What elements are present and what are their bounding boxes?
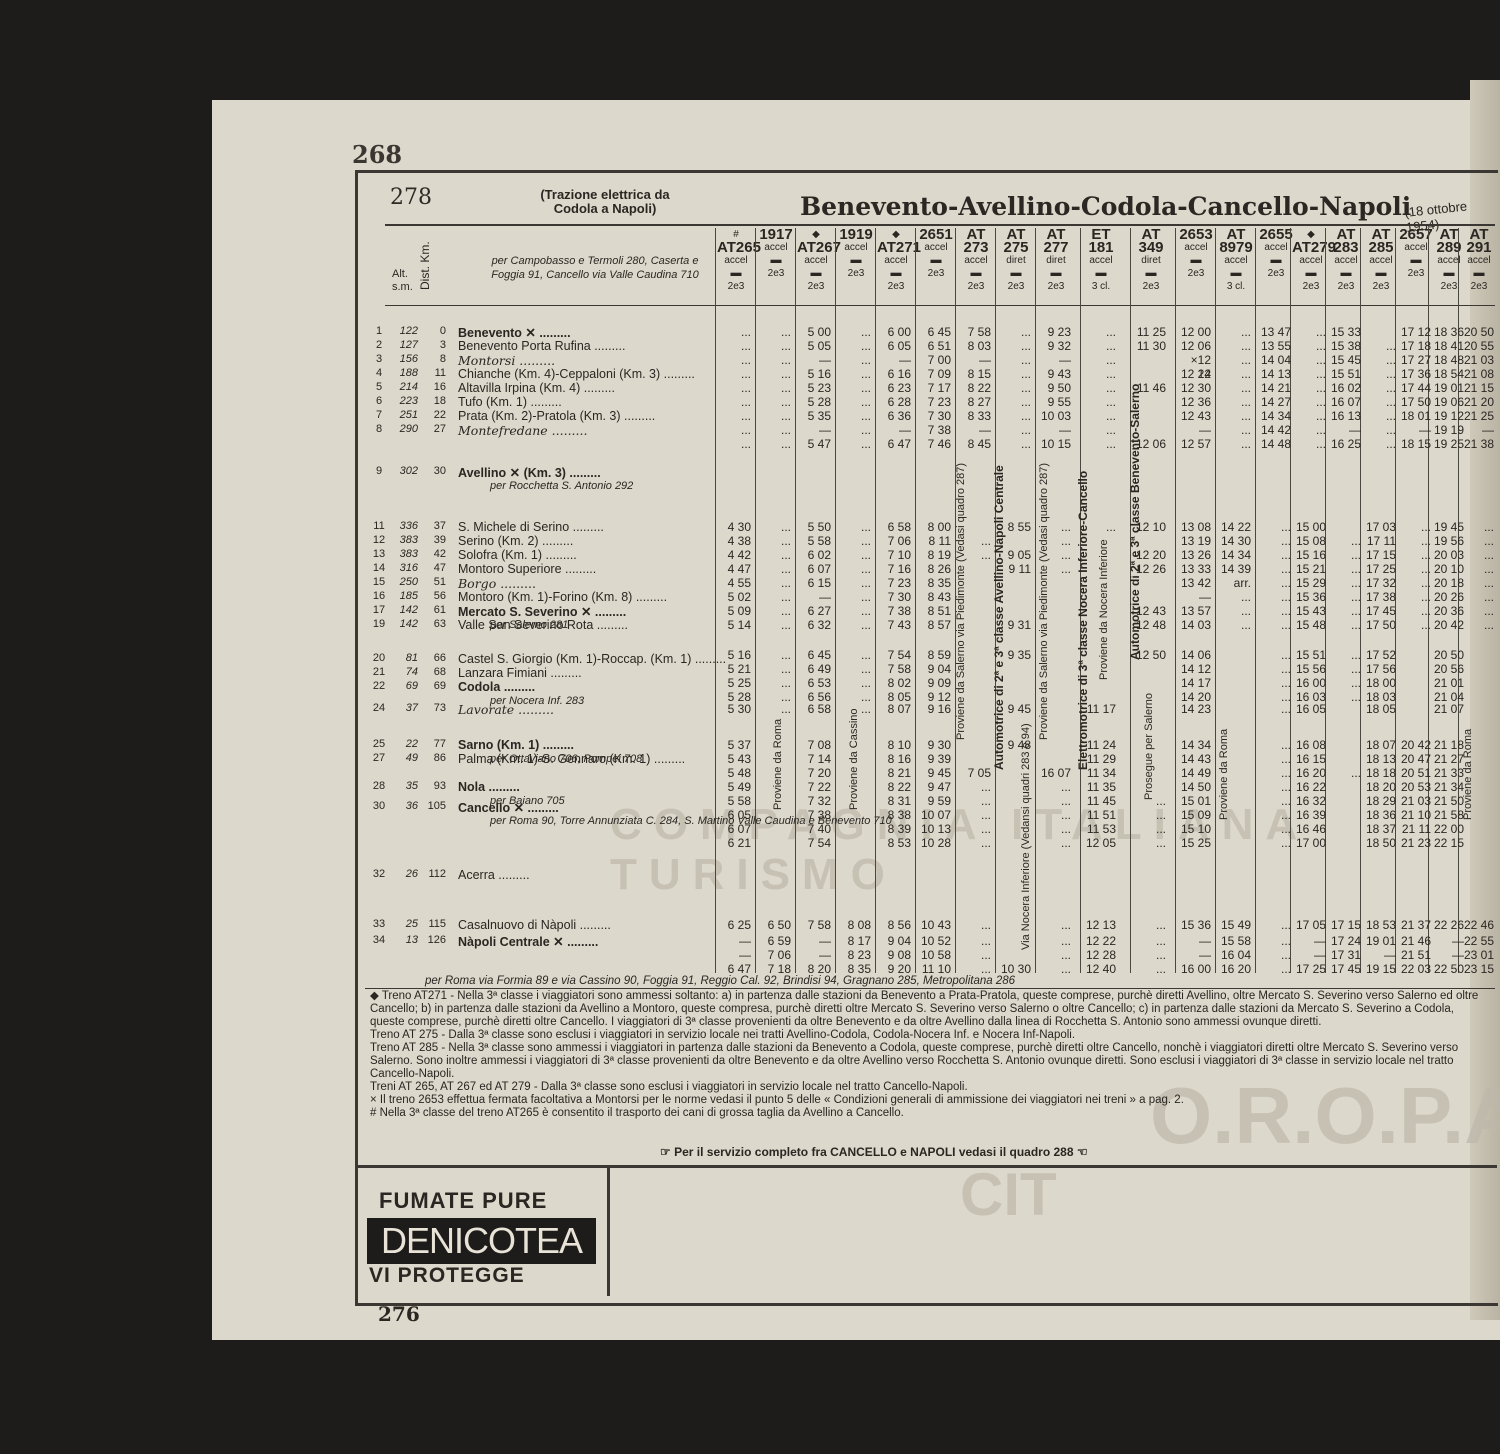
time-cell: ...: [1458, 618, 1494, 632]
bleed-through-text: CIT: [960, 1160, 1057, 1229]
altitude: 122: [390, 325, 418, 337]
time-cell: ...: [715, 339, 751, 353]
distance-km: 56: [422, 590, 446, 602]
time-cell: ...: [1255, 934, 1291, 948]
station-name: Mercato S. Severino ✕ .........: [458, 604, 626, 619]
time-cell: 7 30: [875, 590, 911, 604]
row-number: 25: [370, 738, 388, 750]
row-number: 6: [370, 395, 388, 407]
distance-km: 22: [422, 409, 446, 421]
time-cell: 8 39: [875, 822, 911, 836]
row-number: 17: [370, 604, 388, 616]
time-cell: 18 05: [1360, 702, 1396, 716]
footnote: × Il treno 2653 effettua fermata facolta…: [370, 1094, 1480, 1107]
time-cell: ...: [835, 590, 871, 604]
page-title: Benevento-Avellino-Codola-Cancello-Napol…: [800, 192, 1411, 221]
time-cell: 9 08: [875, 948, 911, 962]
time-cell: 9 04: [915, 662, 951, 676]
time-cell: ...: [1255, 676, 1291, 690]
station-row: 418811Chianche (Km. 4)-Ceppaloni (Km. 3)…: [370, 367, 730, 381]
distance-km: 126: [422, 934, 446, 946]
time-cell: ...: [1035, 520, 1071, 534]
time-cell: 18 15: [1395, 437, 1431, 451]
row-number: 30: [370, 800, 388, 812]
distance-km: 105: [422, 800, 446, 812]
station-row: 243773Lavorate .........: [370, 702, 730, 716]
time-cell: 17 50: [1360, 618, 1396, 632]
time-cell: 18 13: [1360, 752, 1396, 766]
time-cell: 8 00: [915, 520, 951, 534]
time-cell: 8 23: [835, 948, 871, 962]
time-cell: ...: [1255, 948, 1291, 962]
time-cell: 6 16: [875, 367, 911, 381]
time-cell: 6 07: [715, 822, 751, 836]
time-cell: 17 52: [1360, 648, 1396, 662]
time-cell: 9 59: [915, 794, 951, 808]
time-cell: ...: [715, 325, 751, 339]
time-cell: ...: [755, 618, 791, 632]
time-cell: 21 37: [1395, 918, 1431, 932]
time-cell: 10 28: [915, 836, 951, 850]
time-cell: 8 55: [995, 520, 1031, 534]
row-number: 16: [370, 590, 388, 602]
time-cell: 12 30: [1175, 381, 1211, 395]
row-number: 32: [370, 868, 388, 880]
time-cell: 7 16: [875, 562, 911, 576]
time-cell: 7 23: [915, 395, 951, 409]
station-row: 31568Montorsi .........: [370, 353, 730, 367]
time-cell: 21 01: [1428, 676, 1464, 690]
time-cell: 21 46: [1395, 934, 1431, 948]
time-cell: —: [1035, 423, 1071, 437]
station-name: Codola .........: [458, 680, 535, 694]
time-cell: 14 23: [1175, 702, 1211, 716]
time-cell: —: [795, 353, 831, 367]
time-cell: ...: [1255, 576, 1291, 590]
train-column-header: ◆AT271accel▬2e3: [877, 228, 915, 293]
time-cell: 7 06: [875, 534, 911, 548]
time-cell: 17 25: [1290, 962, 1326, 976]
time-cell: ...: [755, 548, 791, 562]
time-cell: ...: [755, 562, 791, 576]
time-cell: 7 06: [755, 948, 791, 962]
station-name: Serino (Km. 2) .........: [458, 534, 573, 548]
time-cell: ...: [1290, 409, 1326, 423]
time-cell: 18 53: [1360, 918, 1396, 932]
altitude: 35: [390, 780, 418, 792]
time-cell: 17 00: [1290, 836, 1326, 850]
time-cell: ...: [1290, 353, 1326, 367]
time-cell: ...: [1395, 520, 1431, 534]
time-cell: 8 56: [875, 918, 911, 932]
time-cell: 5 02: [715, 590, 751, 604]
time-cell: 13 08: [1175, 520, 1211, 534]
time-cell: —: [1175, 948, 1211, 962]
time-cell: ...: [755, 648, 791, 662]
altitude: 302: [390, 465, 418, 477]
time-cell: 18 01: [1395, 409, 1431, 423]
time-cell: 17 25: [1360, 562, 1396, 576]
time-cell: 10 43: [915, 918, 951, 932]
station-name: S. Michele di Serino .........: [458, 520, 604, 534]
time-cell: —: [795, 948, 831, 962]
time-cell: ...: [1325, 604, 1361, 618]
time-cell: 22 15: [1428, 836, 1464, 850]
footer-connections: per Roma via Formia 89 e via Cassino 90,…: [425, 975, 1015, 987]
time-cell: 8 22: [955, 381, 991, 395]
time-cell: ...: [755, 409, 791, 423]
station-row: 252277Sarno (Km. 1) .........per Ottavia…: [370, 738, 730, 752]
footnote: Treno AT 285 - Nella 3ª classe sono amme…: [370, 1042, 1480, 1081]
time-cell: ...: [995, 325, 1031, 339]
time-cell: 6 32: [795, 618, 831, 632]
time-cell: 9 04: [875, 934, 911, 948]
time-cell: ...: [1080, 381, 1116, 395]
railcar-icon: ▬: [1082, 267, 1120, 280]
time-cell: 7 23: [875, 576, 911, 590]
time-cell: ...: [1035, 794, 1071, 808]
distance-km: 115: [422, 918, 446, 930]
time-cell: ...: [995, 367, 1031, 381]
time-cell: ...: [835, 548, 871, 562]
time-cell: 7 54: [875, 648, 911, 662]
time-cell: 13 47: [1255, 325, 1291, 339]
distance-km: 39: [422, 534, 446, 546]
vertical-note: Proviene da Nocera Inferiore: [1098, 550, 1110, 680]
station-name: Chianche (Km. 4)-Ceppaloni (Km. 3) .....…: [458, 367, 695, 381]
time-cell: 7 38: [915, 423, 951, 437]
time-cell: 11 45: [1080, 794, 1116, 808]
time-cell: —: [795, 934, 831, 948]
railcar-icon: ▬: [1177, 254, 1215, 267]
time-cell: ...: [955, 548, 991, 562]
row-number: 8: [370, 423, 388, 435]
reference-line: ☞ Per il servizio completo fra CANCELLO …: [660, 1145, 1088, 1159]
time-cell: 7 32: [795, 794, 831, 808]
time-cell: ...: [1325, 648, 1361, 662]
time-cell: 17 15: [1325, 918, 1361, 932]
time-cell: ...: [755, 437, 791, 451]
time-cell: 15 01: [1175, 794, 1211, 808]
time-cell: ...: [995, 353, 1031, 367]
time-cell: 10 58: [915, 948, 951, 962]
time-cell: 6 59: [755, 934, 791, 948]
time-cell: ...: [1255, 836, 1291, 850]
time-cell: 8 33: [955, 409, 991, 423]
station-name: Altavilla Irpina (Km. 4) .........: [458, 381, 615, 395]
time-cell: ...: [1458, 604, 1494, 618]
time-cell: 7 38: [875, 604, 911, 618]
station-row: 1431647Montoro Superiore .........: [370, 562, 730, 576]
time-cell: ...: [835, 662, 871, 676]
distance-km: 27: [422, 423, 446, 435]
train-number: AT 291: [1460, 228, 1498, 254]
station-name: Benevento Porta Rufina .........: [458, 339, 625, 353]
station-name: Montoro Superiore .........: [458, 562, 596, 576]
time-cell: 15 36: [1290, 590, 1326, 604]
time-cell: ...: [1290, 395, 1326, 409]
connection-note: per Rocchetta S. Antonio 292: [490, 480, 633, 492]
altitude: 26: [390, 868, 418, 880]
distance-km: 11: [422, 367, 446, 379]
distance-km: 61: [422, 604, 446, 616]
time-cell: ...: [1290, 339, 1326, 353]
time-cell: ...: [995, 395, 1031, 409]
distance-km: 18: [422, 395, 446, 407]
time-cell: 15 25: [1175, 836, 1211, 850]
station-name: Tufo (Km. 1) .........: [458, 395, 562, 409]
station-row: 3413126Nàpoli Centrale ✕ .........: [370, 934, 730, 948]
time-cell: 11 30: [1130, 339, 1166, 353]
time-cell: ...: [835, 437, 871, 451]
footnotes: ◆ Treno AT271 - Nella 3ª classe i viaggi…: [370, 990, 1480, 1120]
time-cell: 18 29: [1360, 794, 1396, 808]
time-cell: —: [715, 948, 751, 962]
time-cell: 21 27: [1428, 752, 1464, 766]
time-cell: 9 23: [1035, 325, 1071, 339]
time-cell: ...: [1325, 576, 1361, 590]
railcar-icon: ▬: [757, 254, 795, 267]
time-cell: 21 51: [1395, 948, 1431, 962]
train-number: AT 275: [997, 228, 1035, 254]
time-cell: 16 00: [1290, 676, 1326, 690]
altitude: 223: [390, 395, 418, 407]
time-cell: 20 50: [1458, 325, 1494, 339]
time-cell: ...: [835, 395, 871, 409]
time-cell: 8 02: [875, 676, 911, 690]
time-cell: 7 40: [795, 822, 831, 836]
distance-km: 68: [422, 666, 446, 678]
time-cell: 10 03: [1035, 409, 1071, 423]
time-cell: 8 19: [915, 548, 951, 562]
time-cell: 11 17: [1080, 702, 1116, 716]
time-cell: 7 22: [795, 780, 831, 794]
time-cell: 5 47: [795, 437, 831, 451]
altitude: 188: [390, 367, 418, 379]
train-number: AT 273: [957, 228, 995, 254]
row-number: 28: [370, 780, 388, 792]
station-name: Acerra .........: [458, 868, 530, 882]
train-class: 2e3: [1132, 280, 1170, 293]
time-cell: ...: [1215, 409, 1251, 423]
station-row: 21273Benevento Porta Rufina .........: [370, 339, 730, 353]
time-cell: 9 11: [995, 562, 1031, 576]
train-number: AT 349: [1132, 228, 1170, 254]
time-cell: 4 55: [715, 576, 751, 590]
altitude: 142: [390, 604, 418, 616]
time-cell: ...: [1325, 662, 1361, 676]
time-cell: ...: [1325, 548, 1361, 562]
distance-km: 37: [422, 520, 446, 532]
time-cell: ...: [1325, 618, 1361, 632]
distance-km: 3: [422, 339, 446, 351]
time-cell: ...: [755, 676, 791, 690]
time-cell: ...: [755, 590, 791, 604]
time-cell: 6 25: [715, 918, 751, 932]
time-cell: ...: [1255, 794, 1291, 808]
altitude: 383: [390, 548, 418, 560]
time-cell: 16 02: [1325, 381, 1361, 395]
time-cell: 9 31: [995, 618, 1031, 632]
time-cell: ...: [1035, 962, 1071, 976]
time-cell: 5 35: [795, 409, 831, 423]
time-cell: ...: [1215, 367, 1251, 381]
time-cell: 7 30: [915, 409, 951, 423]
time-cell: 16 25: [1325, 437, 1361, 451]
time-cell: ...: [835, 618, 871, 632]
time-cell: 17 45: [1325, 962, 1361, 976]
time-cell: 6 53: [795, 676, 831, 690]
train-number: AT 8979: [1217, 228, 1255, 254]
time-cell: ...: [1458, 562, 1494, 576]
time-cell: 14 22: [1215, 520, 1251, 534]
time-cell: ...: [1458, 520, 1494, 534]
time-cell: 6 28: [875, 395, 911, 409]
time-cell: ...: [1395, 590, 1431, 604]
divider: [385, 305, 1495, 306]
time-cell: ...: [955, 822, 991, 836]
time-cell: 18 50: [1360, 836, 1396, 850]
time-cell: 20 50: [1428, 648, 1464, 662]
station-name: Valle San Severino Rota .........: [458, 618, 628, 632]
time-cell: ...: [1395, 534, 1431, 548]
time-cell: ...: [1360, 437, 1396, 451]
station-row: 3036105Cancello ✕ .........per Roma 90, …: [370, 800, 730, 814]
divider: [365, 988, 1495, 989]
time-cell: 8 08: [835, 918, 871, 932]
station-row: 1618556Montoro (Km. 1)-Forino (Km. 8) ..…: [370, 590, 730, 604]
time-cell: 15 00: [1290, 520, 1326, 534]
train-number: 2653: [1177, 228, 1215, 241]
time-cell: 9 48: [995, 738, 1031, 752]
time-cell: 22 03: [1395, 962, 1431, 976]
time-cell: 17 15: [1360, 548, 1396, 562]
time-cell: 11 35: [1080, 780, 1116, 794]
time-cell: 6 02: [795, 548, 831, 562]
altitude: 336: [390, 520, 418, 532]
time-cell: ...: [715, 423, 751, 437]
time-cell: 7 20: [795, 766, 831, 780]
time-cell: 20 56: [1428, 662, 1464, 676]
time-cell: ...: [835, 423, 871, 437]
time-cell: 11 53: [1080, 822, 1116, 836]
time-cell: arr.: [1215, 576, 1251, 590]
time-cell: 12 05: [1080, 836, 1116, 850]
time-cell: 16 00: [1175, 962, 1211, 976]
time-cell: 14 34: [1255, 409, 1291, 423]
station-row: 3226112Acerra .........: [370, 868, 730, 882]
time-cell: ...: [1035, 548, 1071, 562]
alt-header: Alt. s.m.: [392, 268, 418, 294]
railcar-icon: ▬: [997, 267, 1035, 280]
time-cell: ...: [755, 353, 791, 367]
time-cell: ...: [1035, 780, 1071, 794]
time-cell: ...: [1130, 836, 1166, 850]
time-cell: 14 12: [1175, 662, 1211, 676]
time-cell: 8 11: [915, 534, 951, 548]
time-cell: 5 28: [795, 395, 831, 409]
time-cell: 13 19: [1175, 534, 1211, 548]
time-cell: 14 39: [1215, 562, 1251, 576]
time-cell: 7 14: [795, 752, 831, 766]
time-cell: ...: [995, 381, 1031, 395]
time-cell: ...: [1035, 534, 1071, 548]
time-cell: 19 15: [1360, 962, 1396, 976]
time-cell: 5 05: [795, 339, 831, 353]
time-cell: 12 43: [1130, 604, 1166, 618]
time-cell: 11 25: [1130, 325, 1166, 339]
row-number: 15: [370, 576, 388, 588]
altitude: 185: [390, 590, 418, 602]
altitude: 49: [390, 752, 418, 764]
time-cell: 16 04: [1215, 948, 1251, 962]
time-cell: 21 50: [1428, 794, 1464, 808]
train-column-header: 2653accel▬2e3: [1177, 228, 1215, 280]
time-cell: 5 14: [715, 618, 751, 632]
time-cell: 6 36: [875, 409, 911, 423]
railcar-icon: ▬: [1037, 267, 1075, 280]
time-cell: 16 15: [1290, 752, 1326, 766]
time-cell: 14 49: [1175, 766, 1211, 780]
time-cell: ...: [755, 381, 791, 395]
time-cell: ...: [1458, 548, 1494, 562]
time-cell: 13 26: [1175, 548, 1211, 562]
row-number: 2: [370, 339, 388, 351]
station-row: 283593Nola .........per Baiano 705: [370, 780, 730, 794]
table-number: 278: [390, 185, 432, 210]
time-cell: ...: [1080, 339, 1116, 353]
station-row: 11220Benevento ✕ .........: [370, 325, 730, 339]
time-cell: ...: [715, 367, 751, 381]
time-cell: 12 40: [1080, 962, 1116, 976]
row-number: 24: [370, 702, 388, 714]
distance-km: 16: [422, 381, 446, 393]
time-cell: 5 58: [715, 794, 751, 808]
time-cell: 16 08: [1290, 738, 1326, 752]
time-cell: 14 34: [1215, 548, 1251, 562]
time-cell: ...: [835, 534, 871, 548]
time-cell: ...: [1395, 562, 1431, 576]
station-name: Castel S. Giorgio (Km. 1)-Roccap. (Km. 1…: [458, 652, 726, 666]
time-cell: ...: [1255, 562, 1291, 576]
station-name: Borgo .........: [458, 576, 536, 591]
time-cell: ...: [1035, 934, 1071, 948]
railcar-icon: ▬: [1217, 267, 1255, 280]
station-row: 1238339Serino (Km. 2) .........: [370, 534, 730, 548]
time-cell: 6 58: [795, 702, 831, 716]
train-column-header: ◆AT267accel▬2e3: [797, 228, 835, 293]
time-cell: 21 08: [1458, 367, 1494, 381]
time-cell: ...: [1255, 752, 1291, 766]
time-cell: 13 42: [1175, 576, 1211, 590]
time-cell: 9 05: [995, 548, 1031, 562]
time-cell: 5 23: [795, 381, 831, 395]
time-cell: 14 30: [1215, 534, 1251, 548]
time-cell: ...: [755, 339, 791, 353]
time-cell: 23 01: [1458, 948, 1494, 962]
time-cell: ...: [835, 353, 871, 367]
time-cell: 8 53: [875, 836, 911, 850]
time-cell: 8 51: [915, 604, 951, 618]
time-cell: 18 07: [1360, 738, 1396, 752]
time-cell: —: [1325, 423, 1361, 437]
time-cell: 10 30: [995, 962, 1031, 976]
row-number: 3: [370, 353, 388, 365]
time-cell: 17 38: [1360, 590, 1396, 604]
train-number: AT 277: [1037, 228, 1075, 254]
time-cell: 17 31: [1325, 948, 1361, 962]
railcar-icon: ▬: [957, 267, 995, 280]
